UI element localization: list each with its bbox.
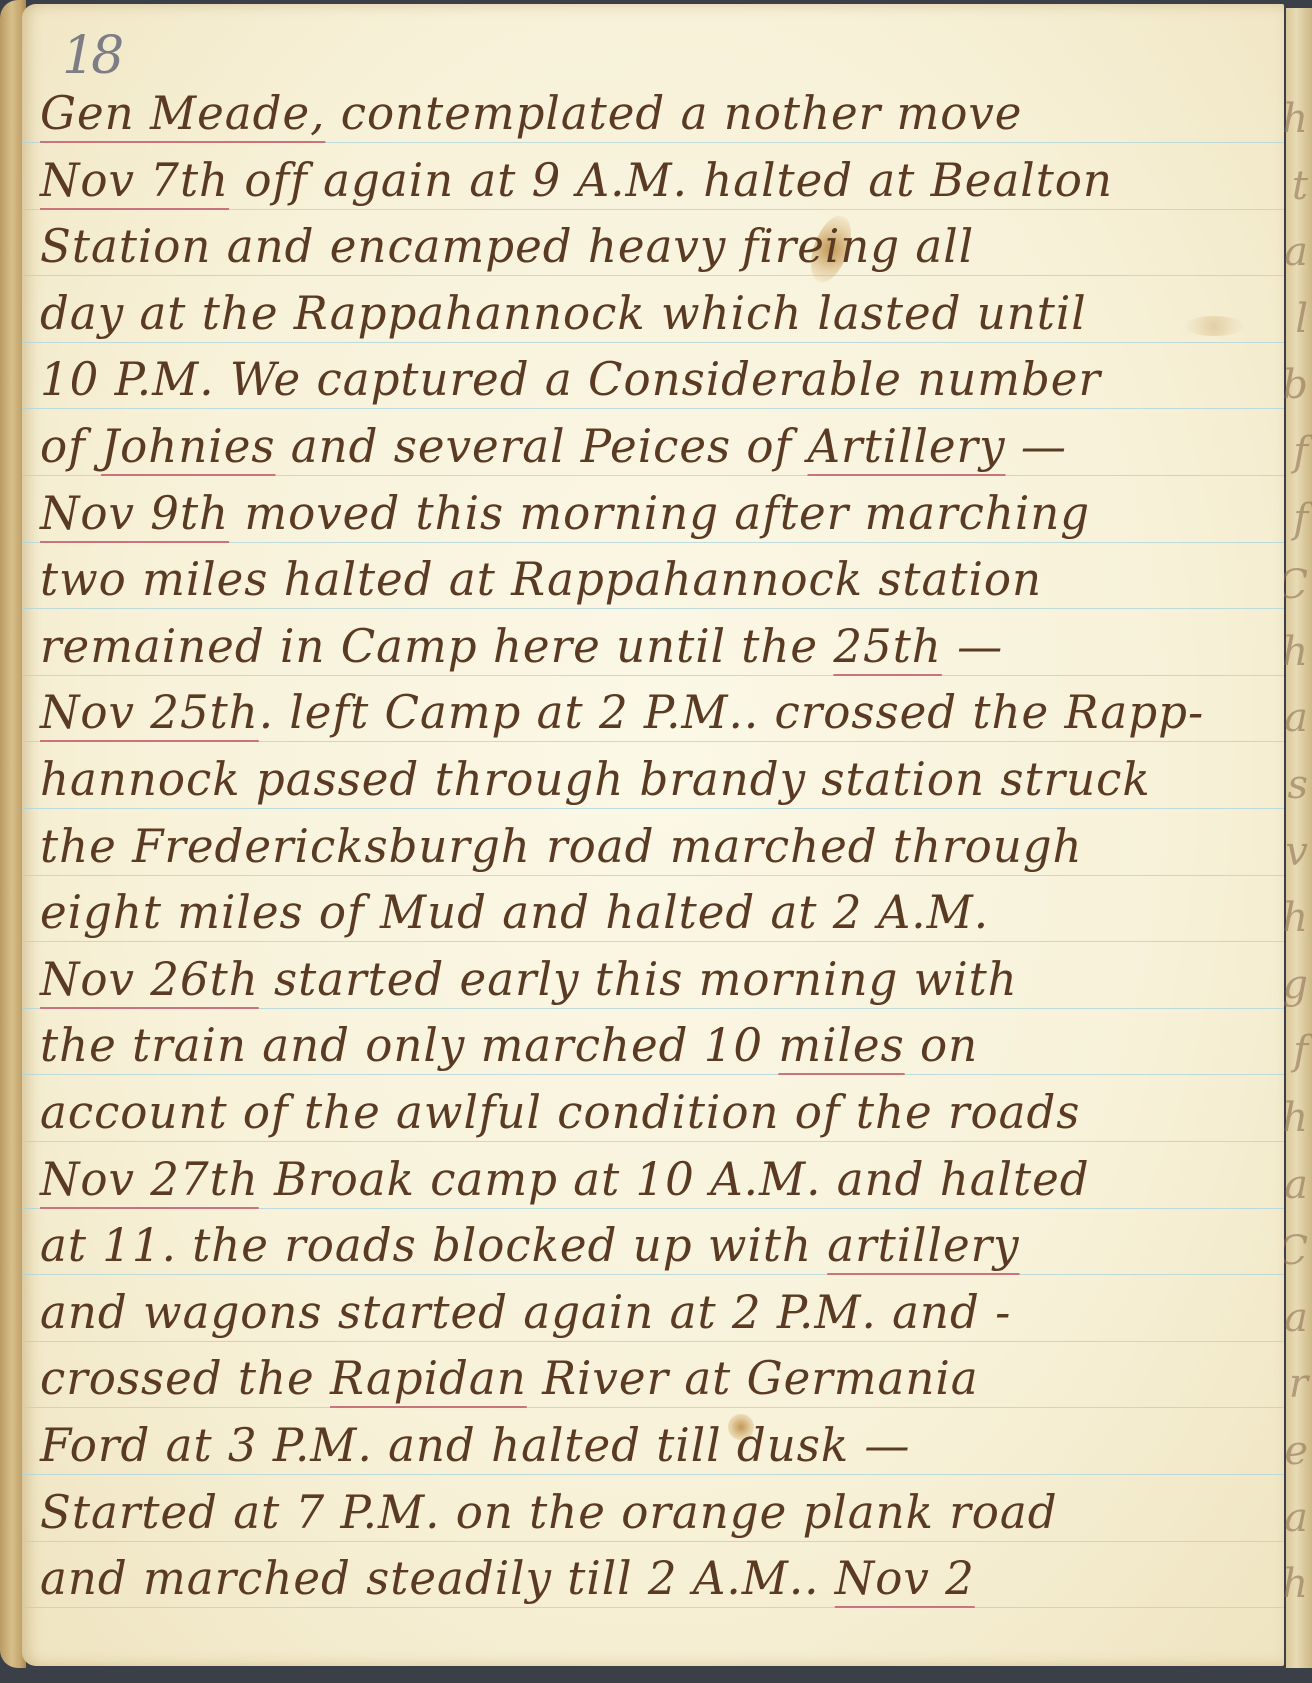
ruled-line [22, 1541, 1284, 1542]
ruled-line [22, 1008, 1284, 1009]
ruled-line [22, 1274, 1284, 1275]
diary-line: Nov 9th moved this morning after marchin… [40, 486, 1090, 540]
line-text: hannock passed through brandy station st… [40, 752, 1151, 806]
diary-line: remained in Camp here until the 25th — [40, 619, 1003, 673]
underlined-text: Nov 2 [835, 1551, 975, 1605]
line-text: account of the awlful condition of the r… [40, 1085, 1080, 1139]
underlined-text: artillery [827, 1218, 1019, 1272]
underlined-text: 25th [833, 619, 941, 673]
line-text: started early this morning with [259, 952, 1018, 1006]
line-text: Ford at 3 P.M. and halted till dusk — [40, 1418, 910, 1472]
diary-line: Nov 25th. left Camp at 2 P.M.. crossed t… [40, 685, 1204, 739]
diary-line: Started at 7 P.M. on the orange plank ro… [40, 1485, 1058, 1539]
diary-line: day at the Rappahannock which lasted unt… [40, 286, 1087, 340]
line-text: Started at 7 P.M. on the orange plank ro… [40, 1485, 1058, 1539]
diary-line: Ford at 3 P.M. and halted till dusk — [40, 1418, 910, 1472]
line-text: and several Peices of [275, 419, 807, 473]
ruled-line [22, 342, 1284, 343]
diary-line: the Fredericksburgh road marched through [40, 819, 1083, 873]
underlined-text: Nov 27th [40, 1152, 259, 1206]
facing-page-text: h [1282, 895, 1308, 941]
line-text: Broak camp at 10 A.M. and halted [259, 1152, 1090, 1206]
line-text: remained in Camp here until the [40, 619, 833, 673]
line-text: on [905, 1018, 978, 1072]
ruled-line [22, 209, 1284, 210]
diary-line: hannock passed through brandy station st… [40, 752, 1151, 806]
line-text: eight miles of Mud and halted at 2 A.M. [40, 885, 989, 939]
facing-page-text: a [1284, 1162, 1308, 1208]
underlined-text: Meade, [150, 86, 325, 140]
ruled-line [22, 275, 1284, 276]
ruled-line [22, 675, 1284, 676]
underlined-text: Nov 26th [40, 952, 259, 1006]
line-text: Station and encamped heavy fireing all [40, 219, 974, 273]
ruled-line [22, 1607, 1284, 1608]
page-number: 18 [62, 26, 120, 86]
facing-page-text: a [1284, 695, 1308, 741]
diary-line: of Johnies and several Peices of Artille… [40, 419, 1067, 473]
facing-page-text: h [1282, 1095, 1308, 1141]
diary-line: two miles halted at Rappahannock station [40, 552, 1042, 606]
diary-line: Nov 7th off again at 9 A.M. halted at Be… [40, 153, 1113, 207]
diary-line: account of the awlful condition of the r… [40, 1085, 1080, 1139]
diary-line: Station and encamped heavy fireing all [40, 219, 974, 273]
facing-page-text: g [1282, 962, 1308, 1008]
line-text: off again at 9 A.M. halted at Bealton [229, 153, 1113, 207]
facing-page-text: a [1284, 229, 1308, 275]
line-text: at 11. the roads blocked up with [40, 1218, 827, 1272]
facing-page-text: h [1282, 1561, 1308, 1607]
ruled-line [22, 408, 1284, 409]
ruled-line [22, 808, 1284, 809]
underlined-text: Artillery [808, 419, 1006, 473]
line-text: moved this morning after marching [229, 486, 1090, 540]
facing-page-text: a [1284, 1295, 1308, 1341]
ruled-line [22, 875, 1284, 876]
line-text: and wagons started again at 2 P.M. and - [40, 1285, 1011, 1339]
ruled-line [22, 542, 1284, 543]
ruled-line [22, 1074, 1284, 1075]
line-text: crossed the [40, 1351, 330, 1405]
facing-page-text: f [1293, 496, 1308, 542]
ruled-line [22, 1341, 1284, 1342]
underlined-text: Rapidan [330, 1351, 527, 1405]
facing-page-text: t [1292, 163, 1308, 209]
facing-page-text: h [1282, 96, 1308, 142]
line-text: day at the Rappahannock which lasted unt… [40, 286, 1087, 340]
line-text: the train and only marched 10 [40, 1018, 778, 1072]
diary-line: at 11. the roads blocked up with artille… [40, 1218, 1020, 1272]
diary-line: Gen Meade, contemplated a nother move [40, 86, 1022, 140]
ruled-line [22, 608, 1284, 609]
facing-page-text: b [1282, 362, 1308, 408]
ruled-line [22, 941, 1284, 942]
diary-line: Nov 27th Broak camp at 10 A.M. and halte… [40, 1152, 1090, 1206]
underlined-text: Nov 25th [40, 685, 259, 739]
line-text: the Fredericksburgh road marched through [40, 819, 1083, 873]
facing-page-text: h [1282, 629, 1308, 675]
ruled-line [22, 1474, 1284, 1475]
line-text: of [40, 419, 101, 473]
facing-page-text: a [1284, 1495, 1308, 1541]
diary-page: 18 Gen Meade, contemplated a nother move… [22, 4, 1284, 1666]
facing-page-text: e [1284, 1428, 1308, 1474]
diary-line: the train and only marched 10 miles on [40, 1018, 978, 1072]
line-text: River at Germania [527, 1351, 979, 1405]
ruled-line [22, 1208, 1284, 1209]
facing-page-text: l [1295, 296, 1308, 342]
line-text: . left Camp at 2 P.M.. crossed the Rapp- [259, 685, 1204, 739]
line-text: and marched steadily till 2 A.M.. [40, 1551, 835, 1605]
ink-stain [1184, 316, 1244, 336]
line-text: 10 P.M. We captured a Considerable numbe… [40, 352, 1101, 406]
underlined-text: Johnies [101, 419, 275, 473]
diary-line: and marched steadily till 2 A.M.. Nov 2 [40, 1551, 975, 1605]
facing-page-text: r [1289, 1361, 1308, 1407]
facing-page-text: f [1293, 1028, 1308, 1074]
line-text: two miles halted at Rappahannock station [40, 552, 1042, 606]
ruled-line [22, 1141, 1284, 1142]
ruled-line [22, 142, 1284, 143]
line-text: contemplated a nother move [325, 86, 1022, 140]
underlined-text: Gen [40, 86, 150, 140]
facing-page-edge: htalbffChasvhgfhaCareah [1286, 8, 1312, 1668]
ruled-line [22, 741, 1284, 742]
underlined-text: Nov 7th [40, 153, 229, 207]
ruled-line [22, 475, 1284, 476]
facing-page-text: v [1285, 829, 1308, 875]
diary-line: and wagons started again at 2 P.M. and - [40, 1285, 1011, 1339]
facing-page-text: f [1293, 429, 1308, 475]
facing-page-text: s [1287, 762, 1308, 808]
underlined-text: Nov 9th [40, 486, 229, 540]
line-text: — [942, 619, 1003, 673]
diary-line: eight miles of Mud and halted at 2 A.M. [40, 885, 989, 939]
diary-line: crossed the Rapidan River at Germania [40, 1351, 979, 1405]
line-text: — [1006, 419, 1067, 473]
ruled-line [22, 1407, 1284, 1408]
diary-line: 10 P.M. We captured a Considerable numbe… [40, 352, 1101, 406]
underlined-text: miles [778, 1018, 904, 1072]
diary-line: Nov 26th started early this morning with [40, 952, 1018, 1006]
